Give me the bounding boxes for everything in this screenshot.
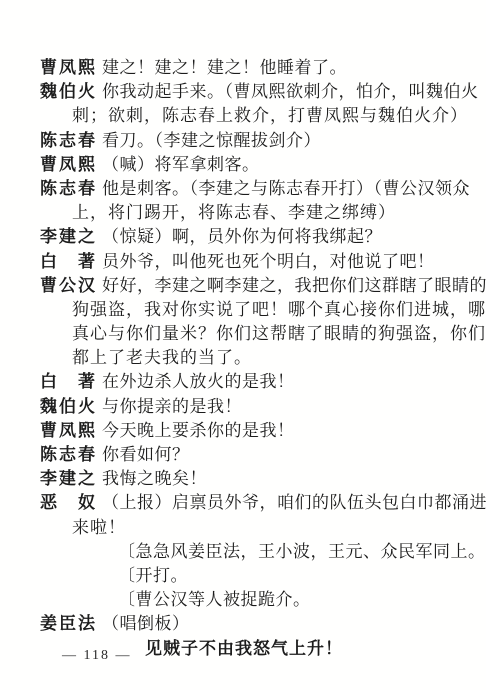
speaker-name: 陈志春 [40,177,102,201]
script-line: 来啦！ [0,516,486,540]
speaker-name: 曹公汉 [40,274,102,298]
script-line: 姜臣法（唱倒板） [0,612,486,636]
script-line: 〔急急风姜臣法，王小波，王元、众民军同上。 [0,540,486,564]
stage-direction: 〔开打。 [118,566,188,585]
continuation-text: 上，将门踢开，将陈志春、李建之绑缚） [72,203,396,222]
dialogue-text: （喊）将军拿刺客。 [102,155,260,174]
speaker-name: 李建之 [40,467,102,491]
script-line: 恶 奴（上报）启禀员外爷，咱们的队伍头包白巾都涌进 [0,491,486,515]
dialogue-text: （惊疑）啊，员外你为何将我绑起？ [102,227,382,246]
speaker-name: 白 著 [40,250,102,274]
script-line: 陈志春他是刺客。（李建之与陈志春开打）（曹公汉领众 [0,177,486,201]
stage-direction: 〔急急风姜臣法，王小波，王元、众民军同上。 [118,542,486,561]
dialogue-text: 看刀。（李建之惊醒拔剑介） [102,131,321,150]
script-line: 真心与你们量米？你们这帮瞎了眼睛的狗强盗，你们俱 [0,322,486,346]
script-line: 都上了老夫我的当了。 [0,346,486,370]
script-line: 曹凤熙建之！建之！建之！他睡着了。 [0,56,486,80]
dialogue-text: 好好，李建之啊李建之，我把你们这群瞎了眼睛的 [102,276,486,295]
script-line: 〔开打。 [0,564,486,588]
speaker-name: 魏伯火 [40,80,102,104]
speaker-name: 姜臣法 [40,612,102,636]
dialogue-text: 我悔之晚矣！ [102,469,207,488]
dialogue-text: 建之！建之！建之！他睡着了。 [102,58,347,77]
continuation-text: 真心与你们量米？你们这帮瞎了眼睛的狗强盗，你们俱 [72,324,486,343]
script-line: 曹凤熙（喊）将军拿刺客。 [0,153,486,177]
script-line: 陈志春你看如何？ [0,443,486,467]
script-line: 魏伯火你我动起手来。（曹凤熙欲刺介，怕介，叫魏伯火 [0,80,486,104]
speaker-name: 曹凤熙 [40,56,102,80]
script-line: 狗强盗，我对你实说了吧！哪个真心接你们进城，哪个 [0,298,486,322]
verse-line: 见贼子不由我怒气上升！ [145,639,343,658]
continuation-text: 狗强盗，我对你实说了吧！哪个真心接你们进城，哪个 [72,300,486,319]
script-line: 李建之我悔之晚矣！ [0,467,486,491]
stage-direction: 〔曹公汉等人被捉跪介。 [118,590,311,609]
dialogue-text: 今天晚上要杀你的是我！ [102,421,295,440]
dialogue-text: 在外边杀人放火的是我！ [102,372,295,391]
dialogue-text: 他是刺客。（李建之与陈志春开打）（曹公汉领众 [102,179,470,198]
speaker-name: 陈志春 [40,129,102,153]
dialogue-text: 你看如何？ [102,445,190,464]
script-line: 曹公汉好好，李建之啊李建之，我把你们这群瞎了眼睛的 [0,274,486,298]
speaker-name: 白 著 [40,370,102,394]
script-line: 李建之（惊疑）啊，员外你为何将我绑起？ [0,225,486,249]
continuation-text: 来啦！ [72,518,126,537]
script-line: 陈志春看刀。（李建之惊醒拔剑介） [0,129,486,153]
script-line: 白 著在外边杀人放火的是我！ [0,370,486,394]
speaker-name: 陈志春 [40,443,102,467]
speaker-name: 李建之 [40,225,102,249]
speaker-name: 曹凤熙 [40,153,102,177]
script-line: 刺；欲刺，陈志春上救介，打曹凤熙与魏伯火介） [0,104,486,128]
script-line: 上，将门踢开，将陈志春、李建之绑缚） [0,201,486,225]
speaker-name: 恶 奴 [40,491,102,515]
dialogue-text: （唱倒板） [102,614,190,633]
script-line: 曹凤熙今天晚上要杀你的是我！ [0,419,486,443]
dialogue-text: 你我动起手来。（曹凤熙欲刺介，怕介，叫魏伯火 [102,82,479,101]
dialogue-text: 与你提亲的是我！ [102,397,242,416]
script-line: 〔曹公汉等人被捉跪介。 [0,588,486,612]
script-line: 白 著员外爷，叫他死也死个明白，对他说了吧！ [0,250,486,274]
speaker-name: 魏伯火 [40,395,102,419]
script-line: 魏伯火与你提亲的是我！ [0,395,486,419]
dialogue-text: 员外爷，叫他死也死个明白，对他说了吧！ [102,252,435,271]
page-number: — 118 — [62,648,131,664]
speaker-name: 曹凤熙 [40,419,102,443]
script-body: 曹凤熙建之！建之！建之！他睡着了。魏伯火你我动起手来。（曹凤熙欲刺介，怕介，叫魏… [0,56,486,661]
continuation-text: 刺；欲刺，陈志春上救介，打曹凤熙与魏伯火介） [72,106,468,125]
continuation-text: 都上了老夫我的当了。 [72,348,252,367]
dialogue-text: （上报）启禀员外爷，咱们的队伍头包白巾都涌进 [102,493,486,512]
book-page: 曹凤熙建之！建之！建之！他睡着了。魏伯火你我动起手来。（曹凤熙欲刺介，怕介，叫魏… [0,0,486,690]
